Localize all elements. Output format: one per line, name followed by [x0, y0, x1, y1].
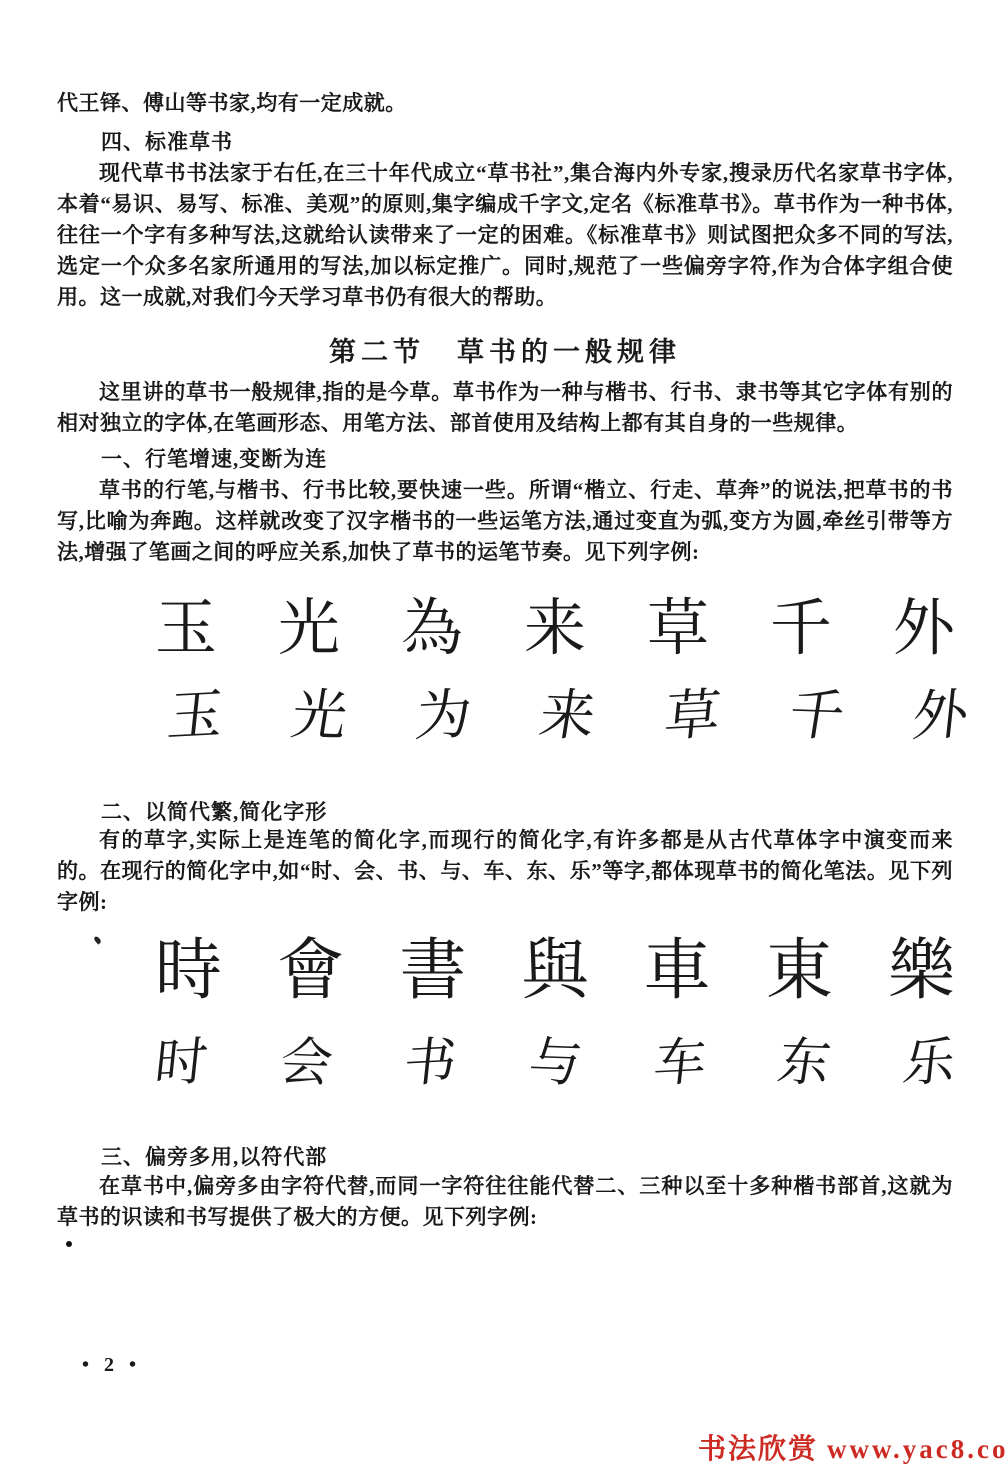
paragraph-section-intro: 这里讲的草书一般规律,指的是今草。草书作为一种与楷书、行书、隶书等其它字体有别的…	[57, 377, 953, 439]
calligraphy-char: 書	[399, 938, 466, 1005]
heading-rule1: 一、行笔增速,变断为连	[57, 443, 997, 473]
scanned-book-page: 代王铎、傅山等书家,均有一定成就。 四、标准草书 现代草书书法家于右任,在三十年…	[0, 0, 1008, 1478]
calligraphy-char-cursive: 时	[152, 1037, 210, 1092]
heading-rule2: 二、以简代繁,简化字形	[57, 796, 997, 826]
calligraphy-char-cursive: 书	[401, 1037, 459, 1092]
calligraphy-char-cursive: 车	[651, 1037, 709, 1092]
calligraphy-row-rule2-cursive: 时 会 书 与 车 东 乐	[155, 1038, 955, 1090]
calligraphy-char: 時	[155, 938, 222, 1005]
calligraphy-char: 光	[278, 598, 340, 660]
calligraphy-char-cursive: 外	[910, 687, 971, 745]
calligraphy-char-cursive: 草	[662, 687, 723, 745]
paragraph-rule2: 有的草字,实际上是连笔的简化字,而现行的简化字,有许多都是从古代草体字中演变而来…	[57, 825, 953, 918]
paragraph-rule1: 草书的行笔,与楷书、行书比较,要快速一些。所谓“楷立、行走、草奔”的说法,把草书…	[57, 475, 953, 568]
calligraphy-char: 會	[277, 938, 344, 1005]
calligraphy-char: 車	[644, 938, 711, 1005]
calligraphy-char-cursive: 会	[276, 1037, 336, 1091]
calligraphy-char-cursive: 与	[525, 1037, 585, 1091]
calligraphy-row-rule1-regular: 玉 光 為 来 草 千 外	[155, 598, 955, 660]
calligraphy-char-cursive: 东	[774, 1037, 834, 1091]
calligraphy-char: 與	[521, 938, 588, 1005]
calligraphy-row-rule2-regular: 時 會 書 與 車 東 樂	[155, 938, 955, 1005]
calligraphy-char-cursive: 为	[413, 687, 474, 745]
watermark-url: www.yac8.com	[827, 1434, 1008, 1464]
calligraphy-char-cursive: 来	[536, 687, 599, 744]
paragraph-standard-caoshu: 现代草书书法家于右任,在三十年代成立“草书社”,集合海内外专家,搜录历代名家草书…	[57, 158, 953, 313]
section-title: 第二节 草书的一般规律	[57, 330, 953, 369]
page-number: • 2 •	[82, 1354, 141, 1377]
calligraphy-row-rule1-cursive: 玉 光 为 来 草 千 外	[168, 688, 968, 743]
ink-speck	[93, 935, 102, 944]
calligraphy-char: 千	[770, 598, 832, 660]
calligraphy-char-cursive: 乐	[900, 1037, 958, 1092]
watermark: 书法欣赏 www.yac8.com	[698, 1427, 1008, 1467]
calligraphy-char: 草	[647, 598, 709, 660]
continued-paragraph-line: 代王铎、傅山等书家,均有一定成就。	[57, 88, 953, 119]
calligraphy-char: 為	[401, 598, 463, 660]
calligraphy-char: 来	[524, 598, 586, 660]
calligraphy-char-cursive: 光	[288, 687, 351, 744]
heading-standard-caoshu: 四、标准草书	[57, 126, 997, 156]
watermark-site-name: 书法欣赏	[698, 1434, 818, 1465]
heading-rule3: 三、偏旁多用,以符代部	[57, 1141, 997, 1171]
calligraphy-char: 外	[893, 598, 955, 660]
calligraphy-char: 東	[766, 938, 833, 1005]
calligraphy-char-cursive: 千	[785, 687, 848, 744]
ink-dot	[66, 1241, 72, 1247]
paragraph-rule3: 在草书中,偏旁多由字符代替,而同一字符往往能代替二、三种以至十多种楷书部首,这就…	[57, 1171, 953, 1233]
calligraphy-char-cursive: 玉	[165, 687, 226, 745]
calligraphy-char: 樂	[888, 938, 955, 1005]
calligraphy-char: 玉	[155, 598, 217, 660]
